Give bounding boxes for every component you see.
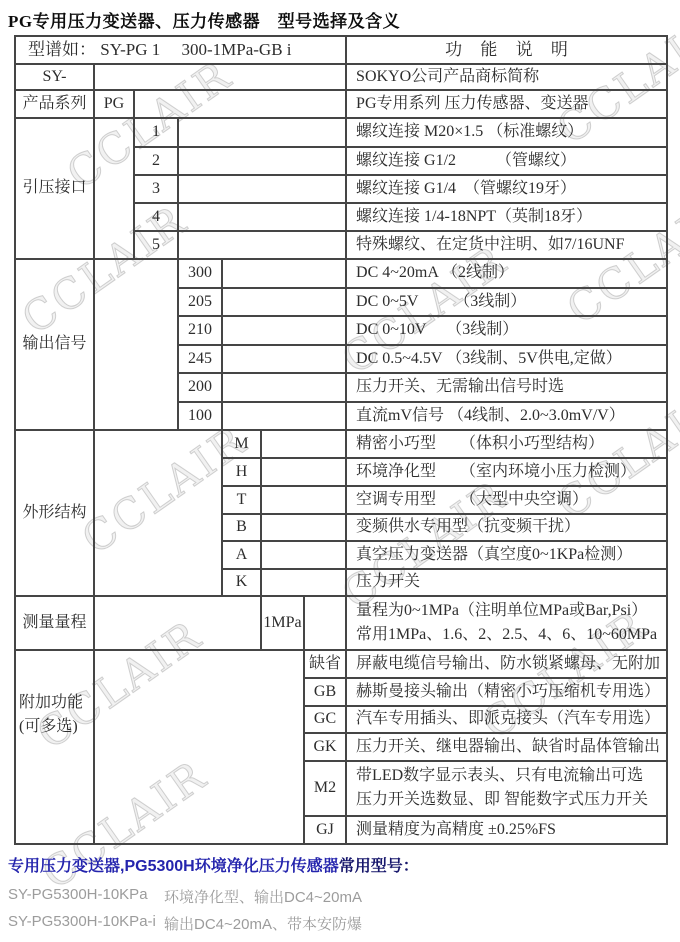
empty-cell (304, 596, 346, 650)
empty-cell (261, 569, 346, 596)
empty-cell (94, 259, 178, 430)
code-cell: 缺省 (304, 650, 346, 678)
model-spec-header: 型谱如： SY-PG 1 300-1MPa-GB i (15, 36, 346, 64)
empty-cell (178, 175, 346, 203)
section-label-product-series: 产品系列 (15, 90, 94, 118)
model-description: 环境净化型、输出DC4~20mA (164, 886, 362, 907)
desc-cell: DC 4~20mA （2线制） (346, 259, 667, 288)
code-cell: M (222, 430, 261, 458)
function-description-header: 功 能 说 明 (346, 36, 667, 64)
section-label-brand: SY- (15, 64, 94, 90)
empty-cell (222, 259, 346, 288)
empty-cell (94, 64, 346, 90)
desc-cell: 螺纹连接 M20×1.5 （标准螺纹） (346, 118, 667, 147)
empty-cell (261, 486, 346, 514)
desc-cell: 螺纹连接 1/4-18NPT（英制18牙） (346, 203, 667, 231)
code-cell: B (222, 514, 261, 541)
desc-cell: 屏蔽电缆信号输出、防水锁紧螺母、无附加 (346, 650, 667, 678)
empty-cell (222, 373, 346, 402)
empty-cell (94, 650, 304, 844)
code-cell: A (222, 541, 261, 569)
desc-cell: 螺纹连接 G1/4 （管螺纹19牙） (346, 175, 667, 203)
model-number: SY-PG5300H-10KPa (8, 886, 156, 907)
model-selection-table: 型谱如： SY-PG 1 300-1MPa-GB i 功 能 说 明 SY- S… (14, 35, 668, 845)
footer-highlight-text: 专用压力变送器,PG5300H环境净化压力传感器 (8, 858, 339, 875)
desc-brand: SOKYO公司产品商标简称 (346, 64, 667, 90)
desc-cell: 压力开关、无需输出信号时选 (346, 373, 667, 402)
code-cell: GK (304, 733, 346, 761)
desc-cell: DC 0~10V （3线制） (346, 316, 667, 345)
empty-cell (261, 458, 346, 486)
code-cell: 245 (178, 345, 222, 373)
page-title: PG专用压力变送器、压力传感器 型号选择及含义 (8, 7, 400, 32)
empty-cell (222, 288, 346, 316)
code-cell: M2 (304, 761, 346, 816)
section-label-additional-functions: 附加功能 (可多选) (15, 650, 94, 844)
code-cell: 210 (178, 316, 222, 345)
code-cell: 3 (134, 175, 178, 203)
code-cell: 100 (178, 402, 222, 430)
code-cell: 1MPa (261, 596, 304, 650)
footer-model-line: SY-PG5300H-10KPa-i 输出DC4~20mA、带本安防爆 (8, 913, 362, 934)
section-label-pressure-port: 引压接口 (15, 118, 94, 259)
desc-cell: DC 0~5V （3线制） (346, 288, 667, 316)
empty-cell (178, 203, 346, 231)
code-cell: GC (304, 706, 346, 733)
section-label-measuring-range: 测量量程 (15, 596, 94, 650)
desc-cell: 精密小巧型 （体积小巧型结构） (346, 430, 667, 458)
code-cell: 300 (178, 259, 222, 288)
section-label-form-factor: 外形结构 (15, 430, 94, 596)
desc-cell: 变频供水专用型（抗变频干扰） (346, 514, 667, 541)
empty-cell (261, 514, 346, 541)
empty-cell (178, 231, 346, 259)
desc-cell: 测量精度为高精度 ±0.25%FS (346, 816, 667, 844)
model-description: 输出DC4~20mA、带本安防爆 (164, 913, 362, 934)
code-product-series: PG (94, 90, 134, 118)
code-cell: K (222, 569, 261, 596)
footer-heading: 专用压力变送器,PG5300H环境净化压力传感器常用型号： (8, 853, 419, 876)
empty-cell (222, 345, 346, 373)
footer-highlight-suffix: 常用型号： (339, 858, 419, 875)
empty-cell (261, 541, 346, 569)
desc-cell: 汽车专用插头、即派克接头（汽车专用选） (346, 706, 667, 733)
desc-cell: 直流mV信号 （4线制、2.0~3.0mV/V） (346, 402, 667, 430)
desc-cell: 空调专用型 （大型中央空调） (346, 486, 667, 514)
desc-product-series: PG专用系列 压力传感器、变送器 (346, 90, 667, 118)
code-cell: 205 (178, 288, 222, 316)
empty-cell (94, 118, 134, 259)
empty-cell (178, 147, 346, 175)
footer-model-line: SY-PG5300H-10KPa 环境净化型、输出DC4~20mA (8, 886, 362, 907)
desc-cell: 带LED数字显示表头、只有电流输出可选 压力开关选数显、即 智能数字式压力开关 (346, 761, 667, 816)
desc-cell: 螺纹连接 G1/2 （管螺纹） (346, 147, 667, 175)
code-cell: 5 (134, 231, 178, 259)
desc-cell: 量程为0~1MPa（注明单位MPa或Bar,Psi） 常用1MPa、1.6、2、… (346, 596, 667, 650)
empty-cell (94, 596, 261, 650)
desc-cell: DC 0.5~4.5V （3线制、5V供电,定做） (346, 345, 667, 373)
code-cell: 2 (134, 147, 178, 175)
code-cell: H (222, 458, 261, 486)
desc-cell: 真空压力变送器（真空度0~1KPa检测） (346, 541, 667, 569)
desc-cell: 压力开关 (346, 569, 667, 596)
desc-cell: 赫斯曼接头输出（精密小巧压缩机专用选） (346, 678, 667, 706)
model-number: SY-PG5300H-10KPa-i (8, 913, 156, 934)
section-label-output-signal: 输出信号 (15, 259, 94, 430)
empty-cell (134, 90, 346, 118)
code-cell: 4 (134, 203, 178, 231)
empty-cell (178, 118, 346, 147)
code-cell: GB (304, 678, 346, 706)
code-cell: 200 (178, 373, 222, 402)
desc-cell: 特殊螺纹、在定货中注明、如7/16UNF (346, 231, 667, 259)
desc-cell: 压力开关、继电器输出、缺省时晶体管输出 (346, 733, 667, 761)
empty-cell (222, 402, 346, 430)
code-cell: GJ (304, 816, 346, 844)
desc-cell: 环境净化型 （室内环境小压力检测） (346, 458, 667, 486)
empty-cell (261, 430, 346, 458)
empty-cell (94, 430, 222, 596)
code-cell: T (222, 486, 261, 514)
empty-cell (222, 316, 346, 345)
code-cell: 1 (134, 118, 178, 147)
